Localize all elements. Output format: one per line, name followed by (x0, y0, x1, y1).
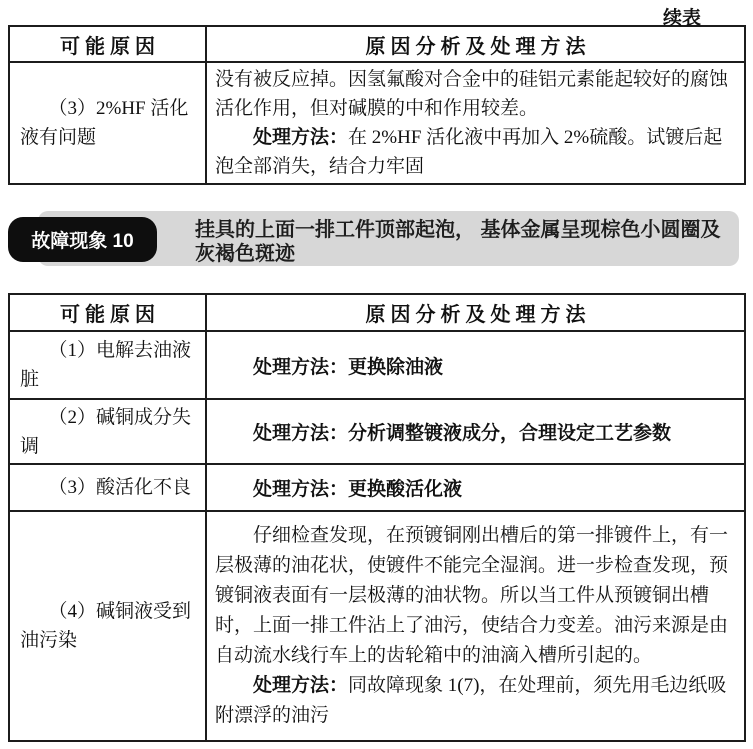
analysis-cell: 仔细检查发现，在预镀铜刚出槽后的第一排镀件上，有一层极薄的油花状，使镀件不能完全… (206, 511, 745, 741)
treatment-text: 更换除油液 (348, 357, 443, 378)
cause-text: （1）电解去油液脏 (20, 336, 195, 394)
treatment-cell: 处理方法：分析调整镀液成分，合理设定工艺参数 (206, 399, 745, 464)
treatment-paragraph: 处理方法：同故障现象 1(7)，在处理前，须先用毛边纸吸附漂浮的油污 (215, 671, 736, 731)
table-row: （3）酸活化不良 处理方法：更换酸活化液 (9, 464, 745, 511)
treatment-cell: 处理方法：更换除油液 (206, 331, 745, 399)
analysis-text: 仔细检查发现，在预镀铜刚出槽后的第一排镀件上，有一层极薄的油花状，使镀件不能完全… (215, 521, 736, 671)
fault-number-badge: 故障现象 10 (8, 217, 157, 262)
fault-causes-table: 可 能 原 因 原 因 分 析 及 处 理 方 法 （1）电解去油液脏 处理方法… (8, 293, 746, 742)
cause-text: （4）碱铜液受到油污染 (20, 597, 195, 655)
cause-text: （3）2%HF 活化液有问题 (20, 94, 195, 152)
fault-title-line1: 挂具的上面一排工件顶部起泡， 基体金属呈现棕色小圆圈及 (195, 218, 725, 242)
cause-cell: （3）2%HF 活化液有问题 (9, 62, 206, 184)
analysis-cell: 没有被反应掉。因氢氟酸对合金中的硅铝元素能起较好的腐蚀活化作用，但对碱膜的中和作… (206, 62, 745, 184)
table-row: （2）碱铜成分失调 处理方法：分析调整镀液成分，合理设定工艺参数 (9, 399, 745, 464)
table-header-row: 可 能 原 因 原 因 分 析 及 处 理 方 法 (9, 294, 745, 331)
treatment-paragraph: 处理方法：分析调整镀液成分，合理设定工艺参数 (215, 418, 736, 445)
table-row: （3）2%HF 活化液有问题 没有被反应掉。因氢氟酸对合金中的硅铝元素能起较好的… (9, 62, 745, 184)
table-row: （4）碱铜液受到油污染 仔细检查发现，在预镀铜刚出槽后的第一排镀件上，有一层极薄… (9, 511, 745, 741)
column-header-possible-cause: 可 能 原 因 (9, 26, 206, 62)
cause-cell: （2）碱铜成分失调 (9, 399, 206, 464)
cause-cell: （1）电解去油液脏 (9, 331, 206, 399)
table-header-row: 可 能 原 因 原 因 分 析 及 处 理 方 法 (9, 26, 745, 62)
treatment-label: 处理方法： (253, 423, 348, 444)
treatment-label: 处理方法： (253, 675, 348, 696)
continued-table-label: 续表 (0, 0, 753, 25)
treatment-text: 分析调整镀液成分，合理设定工艺参数 (348, 423, 671, 444)
fault-phenomenon-banner: 故障现象 10 挂具的上面一排工件顶部起泡， 基体金属呈现棕色小圆圈及 灰褐色斑… (8, 211, 745, 266)
treatment-text: 更换酸活化液 (348, 479, 462, 500)
treatment-label: 处理方法： (253, 357, 348, 378)
column-header-possible-cause: 可 能 原 因 (9, 294, 206, 331)
cause-cell: （3）酸活化不良 (9, 464, 206, 511)
treatment-label: 处理方法： (253, 479, 348, 500)
cause-cell: （4）碱铜液受到油污染 (9, 511, 206, 741)
column-header-analysis-treatment: 原 因 分 析 及 处 理 方 法 (206, 294, 745, 331)
fault-title-line2: 灰褐色斑迹 (195, 242, 725, 266)
fault-title: 挂具的上面一排工件顶部起泡， 基体金属呈现棕色小圆圈及 灰褐色斑迹 (195, 218, 725, 266)
table-continued-from-previous-page: 可 能 原 因 原 因 分 析 及 处 理 方 法 （3）2%HF 活化液有问题… (8, 25, 746, 185)
column-header-analysis-treatment: 原 因 分 析 及 处 理 方 法 (206, 26, 745, 62)
analysis-continued-text: 没有被反应掉。因氢氟酸对合金中的硅铝元素能起较好的腐蚀活化作用，但对碱膜的中和作… (215, 65, 736, 123)
treatment-paragraph: 处理方法：更换酸活化液 (215, 474, 736, 501)
treatment-paragraph: 处理方法：在 2%HF 活化液中再加入 2%硫酸。试镀后起泡全部消失，结合力牢固 (215, 123, 736, 181)
table-row: （1）电解去油液脏 处理方法：更换除油液 (9, 331, 745, 399)
treatment-paragraph: 处理方法：更换除油液 (215, 352, 736, 379)
treatment-cell: 处理方法：更换酸活化液 (206, 464, 745, 511)
treatment-label: 处理方法： (253, 127, 348, 148)
cause-text: （3）酸活化不良 (20, 473, 195, 502)
cause-text: （2）碱铜成分失调 (20, 403, 195, 461)
